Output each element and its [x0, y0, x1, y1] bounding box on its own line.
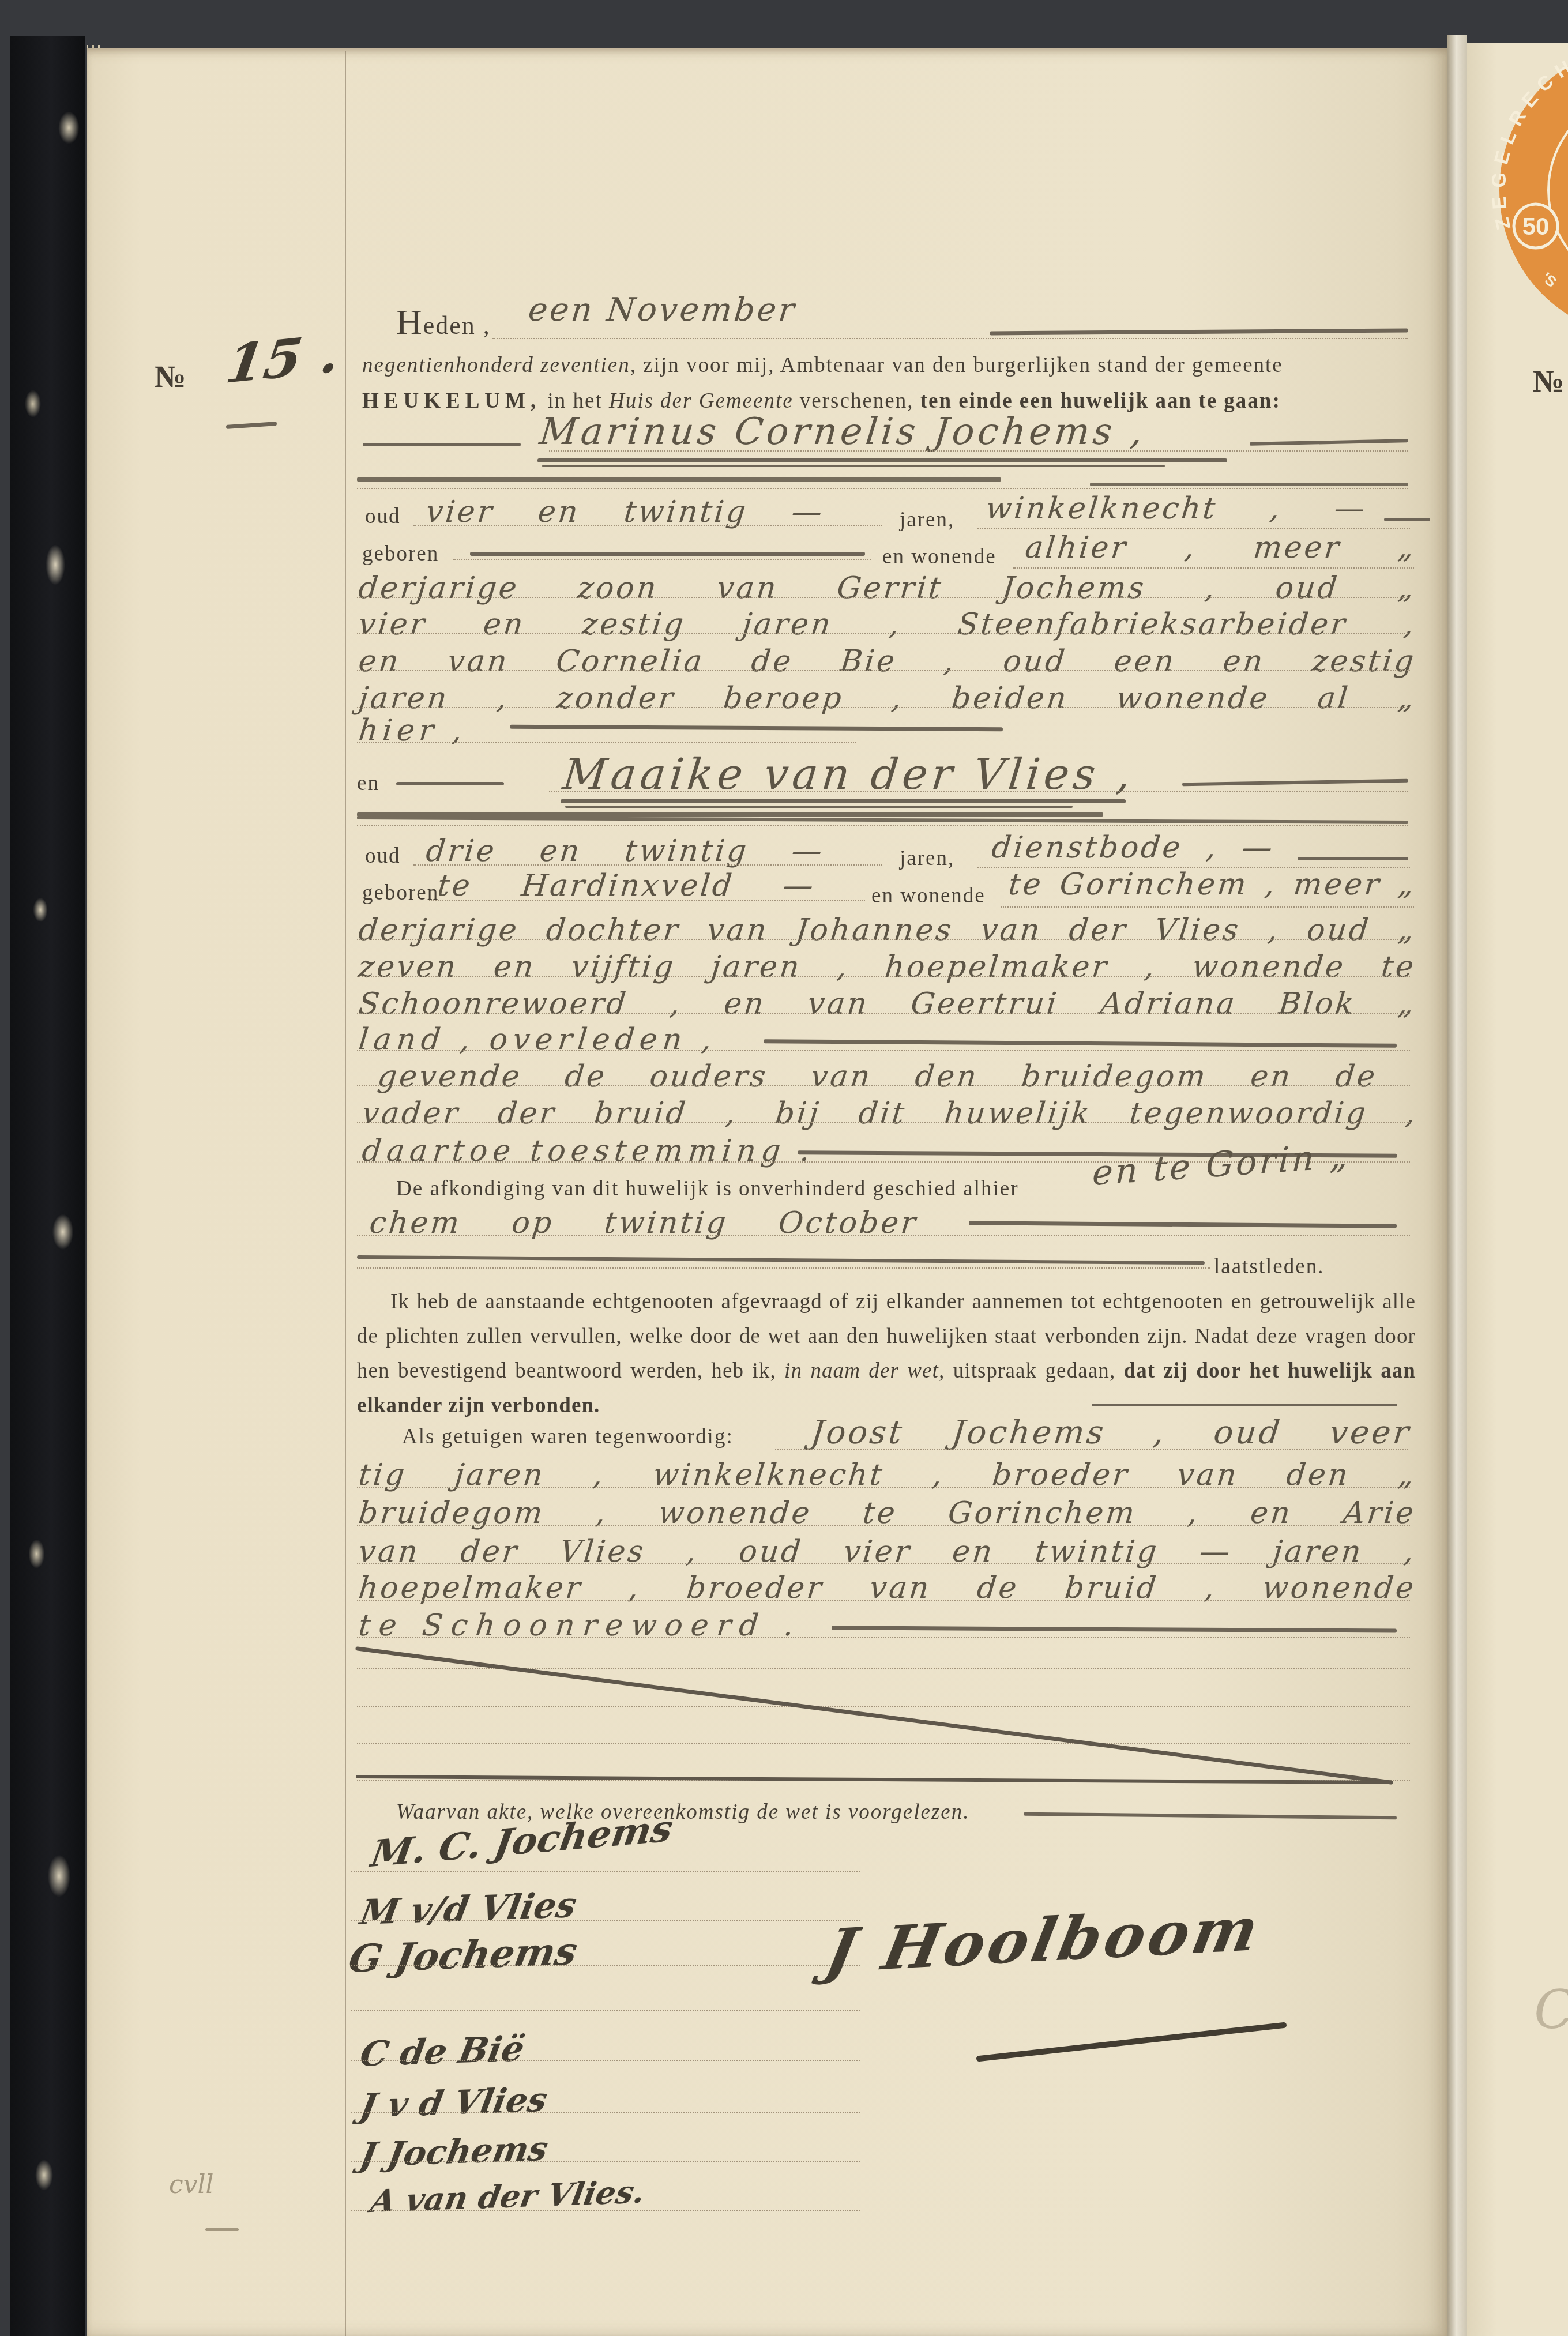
name-underline [561, 799, 1126, 803]
revenue-stamp-icon: ZEGELRECHT 50 'S [1476, 55, 1568, 343]
printed-municipality: HEUKELUM, [362, 389, 541, 413]
printed-geboren: geboren [362, 881, 439, 905]
dotted-line [413, 525, 882, 526]
dotted-line [357, 1487, 1410, 1488]
signature-bride: M v/d Vlies [357, 1885, 580, 1933]
groom-age: vier en twintig — [424, 495, 826, 529]
printed-en-wonende: en wonende [882, 544, 997, 569]
printed-oud: oud [365, 844, 401, 868]
bride-parents-line: Schoonrewoerd , en van Geertrui Adriana … [357, 987, 1417, 1021]
groom-parents-line: jaren , zonder beroep , beiden wonende a… [357, 681, 1417, 716]
dotted-line [357, 1600, 1410, 1601]
dotted-line [357, 1235, 1410, 1236]
act-number-sign: № [155, 359, 187, 394]
name-underline [542, 465, 1165, 467]
printed-verschenen: verschenen, [794, 389, 920, 413]
ink-dash [1092, 1404, 1397, 1406]
printed-officer: zijn voor mij, Ambtenaar van den burgerl… [637, 353, 1283, 377]
witness-line: Joost Jochems , oud veer [809, 1414, 1413, 1451]
bride-parents-line: land , overleden , [357, 1022, 719, 1057]
consent-line: gevende de ouders van den bruidegom en d… [376, 1059, 1379, 1094]
signature-line [351, 2060, 860, 2061]
printed-in-het: in het [541, 389, 609, 413]
dotted-line [357, 488, 1408, 489]
dotted-line [429, 900, 865, 901]
dotted-line [549, 791, 1408, 792]
groom-residence: alhier , meer „ [1024, 531, 1417, 565]
consent-line: vader der bruid , bij dit huwelijk tegen… [360, 1096, 1419, 1131]
dotted-line [357, 939, 1410, 940]
signature-father-bride: J v d Vlies [357, 2080, 550, 2126]
dotted-line [413, 864, 882, 866]
dotted-line [357, 1525, 1410, 1526]
dotted-line [549, 450, 1408, 452]
printed-geboren: geboren [362, 541, 439, 566]
bride-residence: te Gorinchem , meer „ [1007, 867, 1417, 902]
dotted-line [357, 1013, 1410, 1014]
signature-line [351, 2161, 860, 2162]
ink-dash [396, 782, 504, 785]
dotted-line [977, 528, 1410, 529]
bride-birthplace: te Hardinxveld — [436, 868, 817, 903]
printed-jaren: jaren, [900, 846, 954, 871]
name-underline [565, 806, 1073, 808]
dotted-line [357, 1563, 1410, 1564]
pencil-collation-mark: cvll [169, 2170, 214, 2199]
dotted-line [357, 1122, 1410, 1123]
bride-age: drie en twintig — [424, 834, 826, 868]
printed-witnesses-intro: Als getuigen waren tegenwoordig: [402, 1424, 734, 1449]
dotted-line [357, 670, 1410, 671]
handwritten-date: een November [527, 291, 798, 329]
printed-laatstleden: laatstleden. [1214, 1254, 1324, 1279]
groom-parents-line: hier , [357, 713, 468, 748]
margin-rule [345, 51, 346, 2336]
ink-dash [1384, 518, 1430, 521]
printed-year: negentienhonderd zeventien, [362, 353, 637, 377]
printed-closing: Waarvan akte, welke overeenkomstig de we… [396, 1800, 970, 1825]
stamp-value: 50 [1522, 213, 1550, 240]
printed-en-wonende: en wonende [871, 883, 986, 908]
groom-occupation: winkelknecht , — [984, 491, 1368, 526]
dotted-line [357, 707, 1410, 708]
printed-officer-line: negentienhonderd zeventien, zijn voor mi… [362, 353, 1283, 378]
bride-parents-line: zeven en vijftig jaren , hoepelmaker , w… [357, 950, 1417, 984]
bride-parents-line: derjarige dochter van Johannes van der V… [357, 913, 1417, 947]
dotted-line [357, 976, 1410, 977]
signature-line [351, 1965, 860, 1966]
consent-line: daartoe toestemming . [360, 1134, 817, 1168]
signature-line [351, 2210, 860, 2211]
ink-dash [470, 552, 865, 556]
ink-dash [363, 443, 521, 446]
groom-parents-line: vier en zestig jaren , Steenfabrieksarbe… [357, 607, 1417, 642]
printed-municipality-line: HEUKELUM, in het Huis der Gemeente versc… [362, 389, 1281, 413]
groom-parents-line: en van Cornelia de Bie , oud een en zest… [357, 644, 1417, 679]
section-rule [357, 477, 1001, 482]
groom-parents-line: derjarige zoon van Gerrit Jochems , oud … [357, 571, 1417, 605]
dotted-line [357, 1050, 1410, 1051]
dotted-line [357, 633, 1410, 634]
dotted-line [357, 597, 1410, 598]
signature-mother-groom: C de Bië [357, 2029, 528, 2075]
printed-oud: oud [365, 504, 401, 529]
dotted-line [1013, 567, 1414, 569]
printed-heden: Heden , [396, 302, 491, 343]
vows-in-naam-der-wet: in naam der wet, [784, 1359, 945, 1383]
registrar-flourish [975, 2018, 1289, 2064]
adjacent-page-pencil-mark: C [1534, 1979, 1568, 2041]
ink-dash [1298, 857, 1408, 860]
dotted-line [357, 1637, 1410, 1638]
signature-witness-jochems: J Jochems [357, 2129, 551, 2175]
dotted-line [1001, 906, 1414, 908]
binding-cord [1447, 35, 1467, 2336]
printed-huis-der-gemeente: Huis der Gemeente [609, 389, 794, 413]
bride-name: Maaike van der Vlies , [561, 750, 1137, 799]
dotted-line [453, 559, 871, 560]
dotted-line [357, 1085, 1410, 1086]
dotted-line [357, 825, 1408, 826]
dotted-line [775, 1449, 1408, 1450]
strikethrough-wedge [352, 1641, 1419, 1790]
section-rule [1090, 483, 1408, 486]
witness-line: te Schoonrewoerd . [357, 1608, 803, 1643]
printed-jaren: jaren, [900, 507, 954, 532]
printed-en: en [357, 771, 379, 796]
bride-occupation: dienstbode , — [990, 830, 1276, 865]
name-underline [537, 458, 1227, 462]
book-binding-edge [10, 36, 85, 2336]
pencil-underline [205, 2228, 239, 2231]
groom-name: Marinus Cornelis Jochems , [537, 411, 1148, 453]
adjacent-page-number-sign: № [1533, 363, 1565, 399]
printed-purpose: ten einde een huwelijk aan te gaan: [920, 389, 1281, 413]
signature-line [351, 1920, 860, 1921]
vows-text: uitspraak gedaan, [945, 1359, 1123, 1383]
vows-paragraph: Ik heb de aanstaande echtgenooten afgevr… [357, 1285, 1416, 1423]
dotted-line [492, 338, 1408, 339]
signature-line [351, 2010, 860, 2011]
signature-line [351, 2112, 860, 2113]
act-number: 15 . [222, 322, 344, 396]
dotted-line [357, 1267, 1210, 1269]
scanned-marriage-register-photo: № 15 . cvll Heden , een November negenti… [0, 0, 1568, 2336]
printed-banns: De afkondiging van dit huwelijk is onver… [396, 1176, 1019, 1201]
dotted-line [357, 742, 856, 743]
signature-father-groom: G Jochems [345, 1928, 581, 1981]
signature-line [351, 1871, 860, 1872]
